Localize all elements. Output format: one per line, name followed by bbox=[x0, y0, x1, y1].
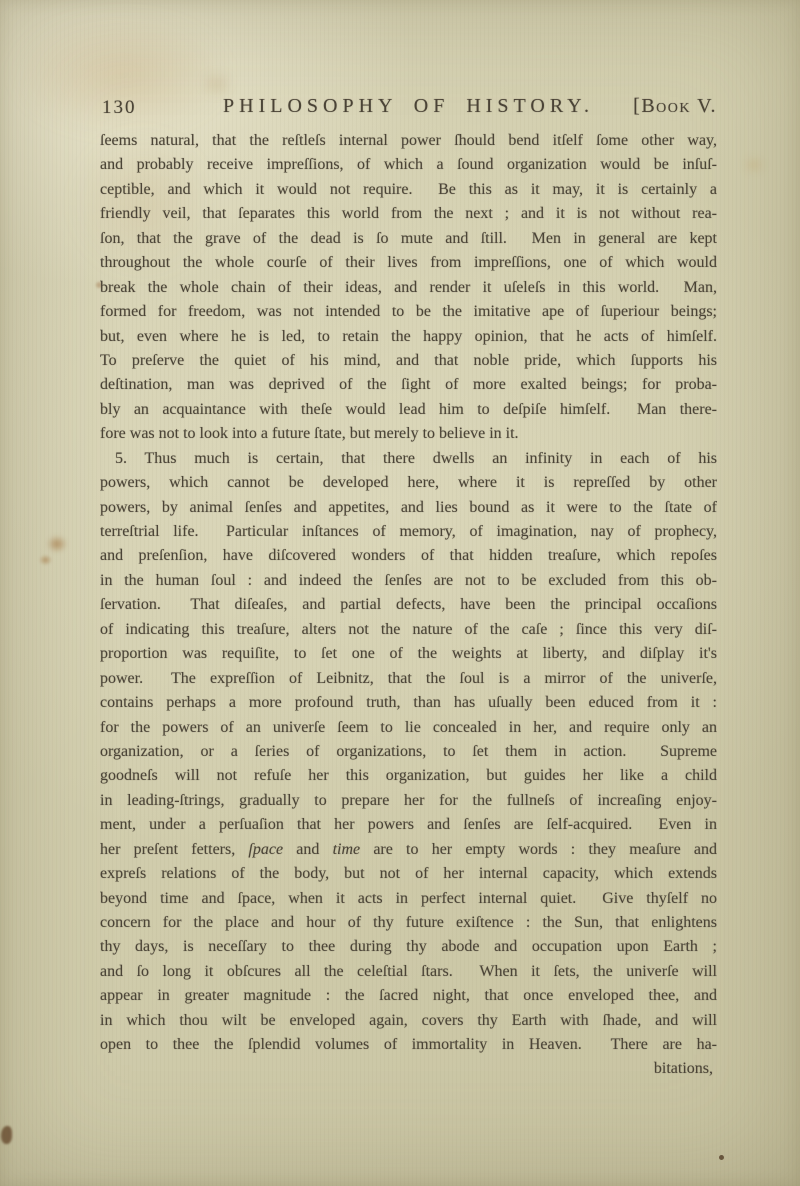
text-line: for the powers of an univerſe ſeem to li… bbox=[100, 716, 717, 740]
text-segment: in the human ſoul : and indeed the ſenſe… bbox=[100, 572, 717, 589]
text-line: in which thou wilt be enveloped again, c… bbox=[100, 1009, 717, 1033]
text-line: formed for freedom, was not intended to … bbox=[100, 300, 717, 324]
text-line: and preſenſion, have diſcovered wonders … bbox=[100, 544, 717, 568]
text-line: in the human ſoul : and indeed the ſenſe… bbox=[100, 569, 717, 593]
text-segment: but, even where he is led, to retain the… bbox=[100, 328, 717, 345]
catchword: bitations, bbox=[100, 1057, 713, 1081]
book-page-scan: 130 PHILOSOPHY OF HISTORY. [Book V. ſeem… bbox=[0, 0, 800, 1186]
text-segment: appear in greater magnitude : the ſacred… bbox=[100, 987, 717, 1004]
text-line: ceptible, and which it would not require… bbox=[100, 178, 717, 202]
text-segment: fore was not to look into a future ſtate… bbox=[100, 425, 519, 442]
text-segment: deſtination, man was deprived of the ſig… bbox=[100, 376, 717, 393]
text-segment: and bbox=[283, 841, 333, 858]
text-line: To preſerve the quiet of his mind, and t… bbox=[100, 349, 717, 373]
paper-stain bbox=[37, 553, 54, 567]
text-segment: and ſo long it obſcures all the celeſtia… bbox=[100, 963, 717, 980]
text-line: powers, which cannot be developed here, … bbox=[100, 471, 717, 495]
page-header: 130 PHILOSOPHY OF HISTORY. [Book V. bbox=[100, 95, 717, 123]
text-segment: power. The expreſſion of Leibnitz, that … bbox=[100, 670, 717, 687]
text-line: contains perhaps a more profound truth, … bbox=[100, 691, 717, 715]
text-line: terreſtrial life. Particular inſtances o… bbox=[100, 520, 717, 544]
text-line: powers, by animal ſenſes and appetites, … bbox=[100, 496, 717, 520]
text-segment: 5. Thus much is certain, that there dwel… bbox=[115, 450, 717, 467]
text-segment: ment, under a perſuaſion that her powers… bbox=[100, 816, 717, 833]
text-line: appear in greater magnitude : the ſacred… bbox=[100, 984, 717, 1008]
text-line: of indicating this treaſure, alters not … bbox=[100, 618, 717, 642]
text-line: but, even where he is led, to retain the… bbox=[100, 325, 717, 349]
paper-stain bbox=[740, 154, 768, 176]
running-title: PHILOSOPHY OF HISTORY. bbox=[100, 95, 717, 118]
text-line: 5. Thus much is certain, that there dwel… bbox=[100, 447, 717, 471]
text-segment: throughout the whole courſe of their liv… bbox=[100, 254, 717, 271]
text-line: ſon, that the grave of the dead is ſo mu… bbox=[100, 227, 717, 251]
text-segment: beyond time and ſpace, when it acts in p… bbox=[100, 890, 717, 907]
text-segment: thy days, is neceſſary to thee during th… bbox=[100, 938, 717, 955]
text-line: beyond time and ſpace, when it acts in p… bbox=[100, 887, 717, 911]
text-line: and ſo long it obſcures all the celeſtia… bbox=[100, 960, 717, 984]
text-line: ſervation. That diſeaſes, and partial de… bbox=[100, 593, 717, 617]
text-segment: powers, by animal ſenſes and appetites, … bbox=[100, 499, 717, 516]
text-segment: break the whole chain of their ideas, an… bbox=[100, 279, 717, 296]
text-segment: of indicating this treaſure, alters not … bbox=[100, 621, 717, 638]
text-segment: friendly veil, that ſeparates this world… bbox=[100, 205, 717, 222]
body-text: ſeems natural, that the reſtleſs interna… bbox=[100, 129, 717, 1058]
text-segment: in leading-ſtrings, gradually to prepare… bbox=[100, 792, 717, 809]
text-line: and probably receive impreſſions, of whi… bbox=[100, 153, 717, 177]
text-line: throughout the whole courſe of their liv… bbox=[100, 251, 717, 275]
text-line: expreſs relations of the body, but not o… bbox=[100, 862, 717, 886]
text-segment: proportion was requiſite, to ſet one of … bbox=[100, 645, 717, 662]
text-line: in leading-ſtrings, gradually to prepare… bbox=[100, 789, 717, 813]
text-segment: formed for freedom, was not intended to … bbox=[100, 303, 717, 320]
text-segment: contains perhaps a more profound truth, … bbox=[100, 694, 717, 711]
text-line: fore was not to look into a future ſtate… bbox=[100, 422, 717, 446]
text-segment: ſervation. That diſeaſes, and partial de… bbox=[100, 596, 717, 613]
text-line: goodneſs will not refuſe her this organi… bbox=[100, 764, 717, 788]
text-line: ment, under a perſuaſion that her powers… bbox=[100, 813, 717, 837]
text-segment: and probably receive impreſſions, of whi… bbox=[100, 156, 717, 173]
text-line: break the whole chain of their ideas, an… bbox=[100, 276, 717, 300]
text-segment: are to her empty words : they meaſure an… bbox=[360, 841, 717, 858]
text-line: open to thee the ſplendid volumes of imm… bbox=[100, 1033, 717, 1057]
text-line: deſtination, man was deprived of the ſig… bbox=[100, 373, 717, 397]
text-segment: terreſtrial life. Particular inſtances o… bbox=[100, 523, 717, 540]
text-segment: ſeems natural, that the reſtleſs interna… bbox=[100, 132, 717, 149]
text-line: friendly veil, that ſeparates this world… bbox=[100, 202, 717, 226]
text-segment: open to thee the ſplendid volumes of imm… bbox=[100, 1036, 717, 1053]
text-segment: ſon, that the grave of the dead is ſo mu… bbox=[100, 230, 717, 247]
text-line: her preſent fetters, ſpace and time are … bbox=[100, 838, 717, 862]
text-line: organization, or a ſeries of organizatio… bbox=[100, 740, 717, 764]
text-line: ſeems natural, that the reſtleſs interna… bbox=[100, 129, 717, 153]
text-segment: and preſenſion, have diſcovered wonders … bbox=[100, 547, 717, 564]
book-label: [Book V. bbox=[633, 95, 717, 118]
text-line: power. The expreſſion of Leibnitz, that … bbox=[100, 667, 717, 691]
text-line: bly an acquaintance with theſe would lea… bbox=[100, 398, 717, 422]
text-segment: her preſent fetters, bbox=[100, 841, 248, 858]
text-segment: organization, or a ſeries of organizatio… bbox=[100, 743, 717, 760]
paper-speck bbox=[719, 1155, 724, 1160]
italic-word: time bbox=[333, 841, 361, 858]
text-segment: expreſs relations of the body, but not o… bbox=[100, 865, 717, 882]
text-segment: goodneſs will not refuſe her this organi… bbox=[100, 767, 717, 784]
paper-stain bbox=[44, 533, 70, 555]
text-segment: concern for the place and hour of thy fu… bbox=[100, 914, 717, 931]
text-segment: for the powers of an univerſe ſeem to li… bbox=[100, 719, 717, 736]
text-segment: To preſerve the quiet of his mind, and t… bbox=[100, 352, 717, 369]
paper-speck bbox=[1, 1126, 12, 1144]
text-line: thy days, is neceſſary to thee during th… bbox=[100, 935, 717, 959]
text-line: concern for the place and hour of thy fu… bbox=[100, 911, 717, 935]
text-segment: in which thou wilt be enveloped again, c… bbox=[100, 1012, 717, 1029]
italic-word: ſpace bbox=[248, 841, 283, 858]
text-segment: ceptible, and which it would not require… bbox=[100, 181, 717, 198]
text-line: proportion was requiſite, to ſet one of … bbox=[100, 642, 717, 666]
text-segment: powers, which cannot be developed here, … bbox=[100, 474, 717, 491]
text-segment: bly an acquaintance with theſe would lea… bbox=[100, 401, 717, 418]
